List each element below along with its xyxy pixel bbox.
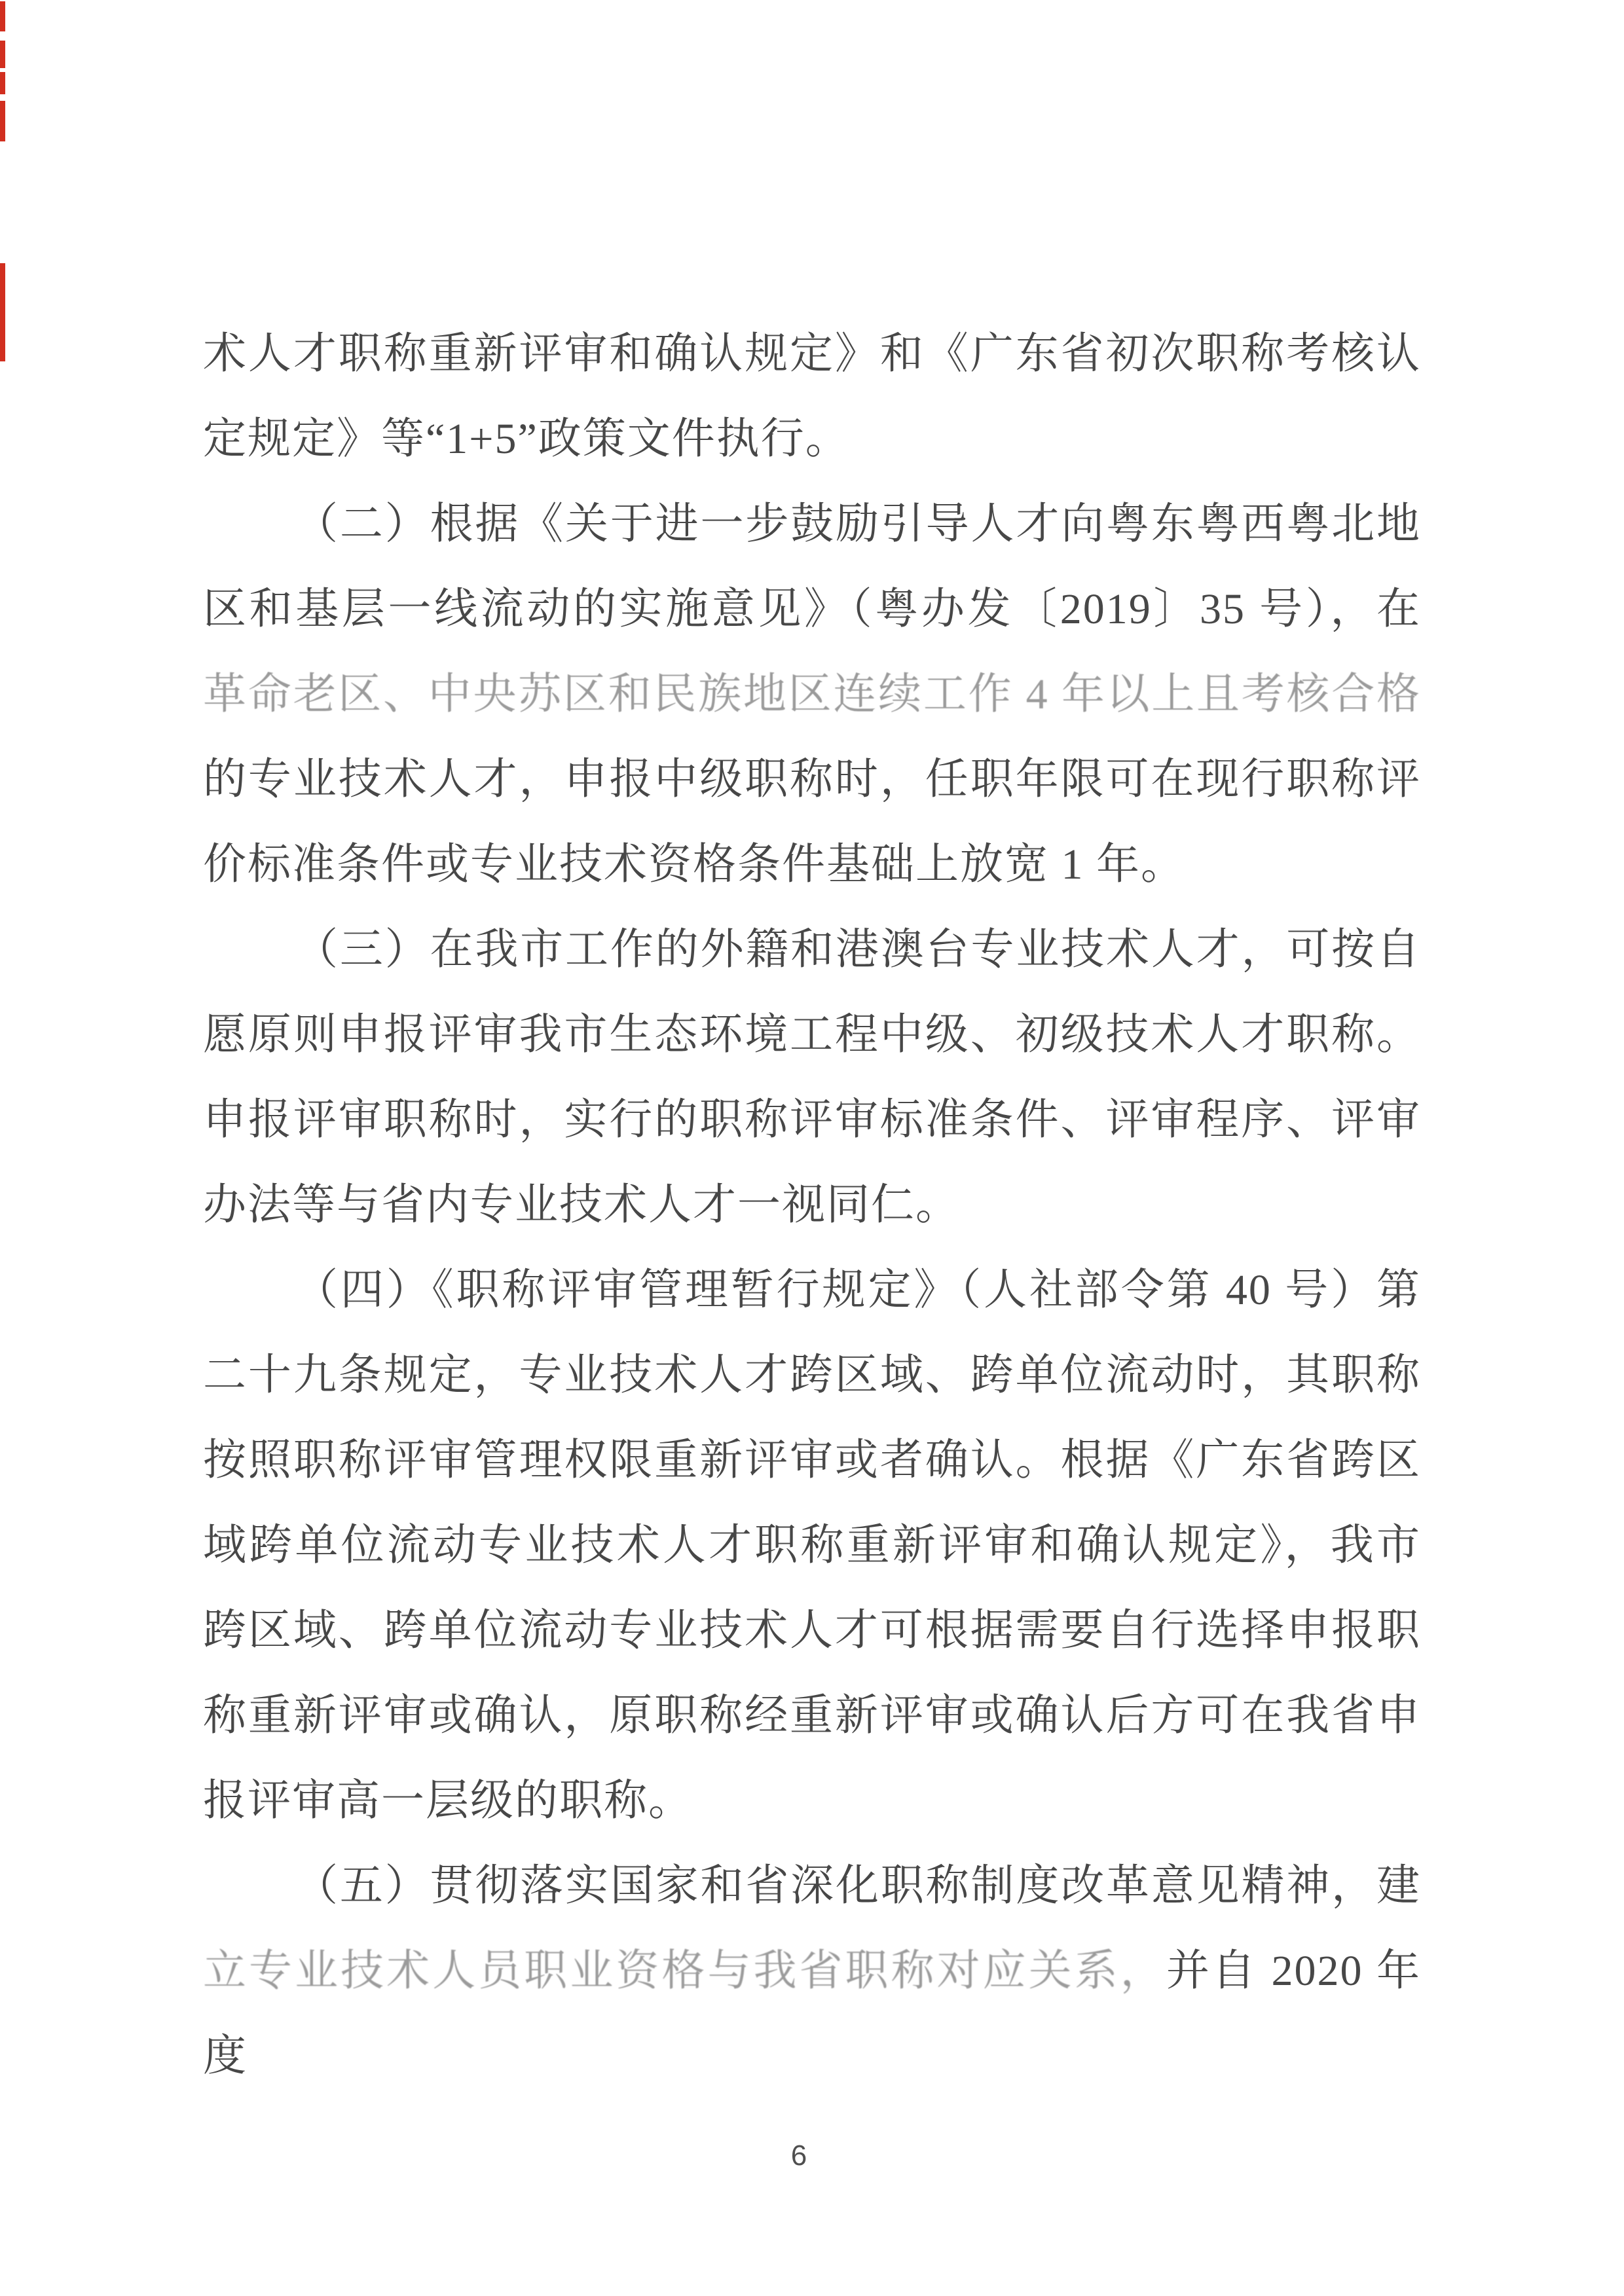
document-line: 区和基层一线流动的实施意见》（粤办发〔2019〕35 号），在 bbox=[203, 567, 1421, 652]
document-body: 术人才职称重新评审和确认规定》和《广东省初次职称考核认定规定》等“1+5”政策文… bbox=[203, 312, 1421, 2099]
scan-edge-artifacts bbox=[0, 0, 8, 458]
document-line: 称重新评审或确认，原职称经重新评审或确认后方可在我省申 bbox=[203, 1673, 1421, 1758]
document-line: 域跨单位流动专业技术人才职称重新评审和确认规定》，我市 bbox=[203, 1503, 1421, 1588]
document-line: 立专业技术人员职业资格与我省职称对应关系，并自 2020 年度 bbox=[203, 1929, 1421, 2099]
document-line: 跨区域、跨单位流动专业技术人才可根据需要自行选择申报职 bbox=[203, 1588, 1421, 1673]
document-line: 定规定》等“1+5”政策文件执行。 bbox=[203, 397, 1421, 482]
faded-text-segment: 立专业技术人员职业资格与我省职称对应关系， bbox=[203, 1947, 1166, 1995]
document-line: （四）《职称评审管理暂行规定》（人社部令第 40 号）第 bbox=[203, 1248, 1421, 1333]
document-line: 愿原则申报评审我市生态环境工程中级、初级技术人才职称。 bbox=[203, 993, 1421, 1078]
red-scan-artifact bbox=[0, 72, 5, 94]
document-line: （二）根据《关于进一步鼓励引导人才向粤东粤西粤北地 bbox=[203, 482, 1421, 567]
red-scan-artifact bbox=[0, 263, 5, 361]
document-line: （五）贯彻落实国家和省深化职称制度改革意见精神，建 bbox=[203, 1844, 1421, 1929]
scanned-document-page: 术人才职称重新评审和确认规定》和《广东省初次职称考核认定规定》等“1+5”政策文… bbox=[0, 0, 1624, 2296]
document-line: 申报评审职称时，实行的职称评审标准条件、评审程序、评审 bbox=[203, 1078, 1421, 1163]
document-line: 二十九条规定，专业技术人才跨区域、跨单位流动时，其职称 bbox=[203, 1333, 1421, 1418]
red-scan-artifact bbox=[0, 101, 5, 141]
document-line: 价标准条件或专业技术资格条件基础上放宽 1 年。 bbox=[203, 822, 1421, 907]
document-line: 的专业技术人才，申报中级职称时，任职年限可在现行职称评 bbox=[203, 737, 1421, 822]
document-line: 术人才职称重新评审和确认规定》和《广东省初次职称考核认 bbox=[203, 312, 1421, 397]
document-line: 报评审高一层级的职称。 bbox=[203, 1758, 1421, 1844]
document-line: 办法等与省内专业技术人才一视同仁。 bbox=[203, 1163, 1421, 1248]
document-line: 按照职称评审管理权限重新评审或者确认。根据《广东省跨区 bbox=[203, 1418, 1421, 1503]
document-line: （三）在我市工作的外籍和港澳台专业技术人才，可按自 bbox=[203, 907, 1421, 993]
red-scan-artifact bbox=[0, 41, 5, 68]
page-number: 6 bbox=[773, 2140, 825, 2172]
red-scan-artifact bbox=[0, 1, 5, 31]
document-line: 革命老区、中央苏区和民族地区连续工作 4 年以上且考核合格 bbox=[203, 652, 1421, 737]
